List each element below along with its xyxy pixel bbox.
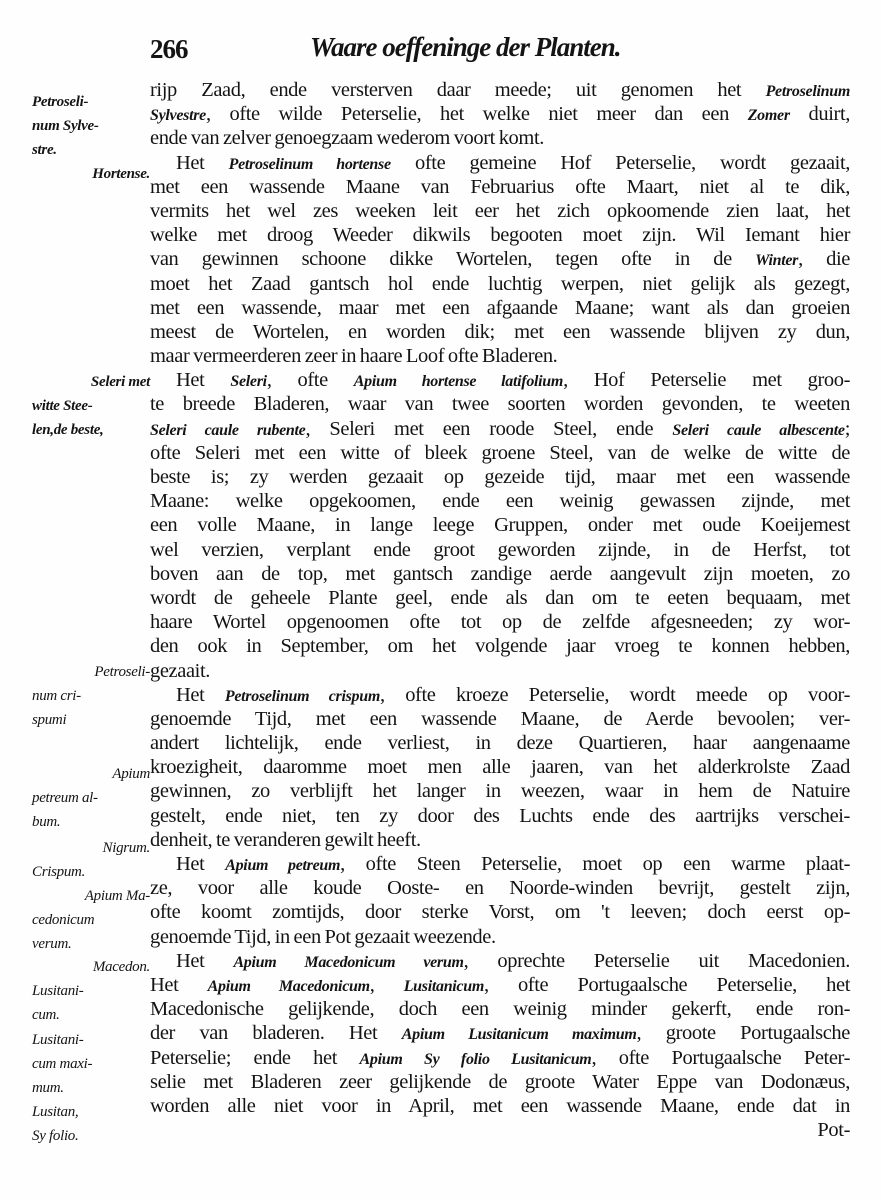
text-line: Seleri caule rubente, Seleri met een roo… (150, 417, 850, 441)
text-segment: Het (176, 369, 230, 391)
text-line: te breede Bladeren, waar van twee soorte… (150, 392, 850, 416)
latin-term: Apium Lusitanicum maximum (402, 1026, 637, 1043)
margin-note-line: stre. (32, 138, 150, 162)
latin-term: Petroselinum hortense (229, 156, 391, 173)
text-line: Macedonische gelijkende, doch een weinig… (150, 997, 850, 1021)
text-segment: denheit, te veranderen gewilt heeft. (150, 829, 421, 851)
text-segment: Het (176, 853, 225, 875)
text-line: met een wassende, maar met een afgaande … (150, 296, 850, 320)
latin-term: Apium Sy folio Lusitanicum (360, 1051, 592, 1068)
latin-term: Lusitanicum (404, 978, 484, 995)
latin-term: Seleri (230, 373, 266, 390)
text-segment: duirt, (790, 103, 850, 125)
text-segment: ofte gemeine Hof Peterselie, wordt gezaa… (391, 152, 850, 174)
text-line: van gewinnen schoone dikke Wortelen, teg… (150, 247, 850, 271)
text-segment: , oprechte Peterselie uit Macedonien. (464, 950, 850, 972)
text-segment: ofte koomt zomtijds, door sterke Vorst, … (150, 901, 850, 923)
text-line: rijp Zaad, ende versterven daar meede; u… (150, 78, 850, 102)
text-segment: beste is; zy werden gezaait op gezeide t… (150, 466, 850, 488)
text-segment: , groote Portugaalsche (637, 1022, 850, 1044)
margin-note: Macedon.Lusitani-cum.Lusitani-cum maxi-m… (32, 955, 150, 1149)
latin-term: Winter (755, 252, 798, 269)
text-segment: , Hof Peterselie met groo- (563, 369, 850, 391)
text-line: Het Seleri, ofte Apium hortense latifoli… (150, 368, 850, 392)
text-segment: met een wassende Maane van Februarius of… (150, 176, 850, 198)
running-title: Waare oeffeninge der Planten. (310, 32, 620, 63)
text-segment: welke met droog Weeder dikwils begooten … (150, 224, 850, 246)
text-segment: Het (150, 974, 208, 996)
text-line: Het Petroselinum hortense ofte gemeine H… (150, 151, 850, 175)
text-line: selie met Bladeren zeer gelijkende de gr… (150, 1070, 850, 1094)
text-line: der van bladeren. Het Apium Lusitanicum … (150, 1021, 850, 1045)
text-line: Maane: welke opgekoomen, ende een weinig… (150, 489, 850, 513)
text-segment: gestelt, ende niet, ten zy door des Luch… (150, 805, 850, 827)
margin-note-line: Sy folio. (32, 1124, 150, 1148)
text-segment: Macedonische gelijkende, doch een weinig… (150, 998, 850, 1020)
margin-note-line: cedonicum (32, 908, 150, 932)
text-line: wordt de geheele Plante geel, ende als d… (150, 586, 850, 610)
latin-term: Sylvestre (150, 107, 206, 124)
text-segment: van gewinnen schoone dikke Wortelen, teg… (150, 248, 755, 270)
text-line: vermits het wel zes weeken leit eer het … (150, 199, 850, 223)
margin-note-line: spumi (32, 708, 150, 732)
margin-note-line: num Sylve- (32, 114, 150, 138)
text-line: maar vermeerderen zeer in haare Loof oft… (150, 344, 850, 368)
text-segment: moet het Zaad gantsch hol ende luchtig w… (150, 273, 850, 295)
text-segment: , ofte kroeze Peterselie, wordt meede op… (380, 684, 850, 706)
margin-note-line: Nigrum. (32, 836, 150, 860)
text-line: wel verzien, verplant ende groot geworde… (150, 538, 850, 562)
text-segment: vermits het wel zes weeken leit eer het … (150, 200, 850, 222)
latin-term: Apium petreum (225, 857, 340, 874)
latin-term: Zomer (748, 107, 790, 124)
text-segment: der van bladeren. Het (150, 1022, 402, 1044)
text-segment: , ofte (267, 369, 354, 391)
margin-note-line: Macedon. (32, 955, 150, 979)
text-line: Peterselie; ende het Apium Sy folio Lusi… (150, 1046, 850, 1070)
text-segment: wel verzien, verplant ende groot geworde… (150, 539, 850, 561)
margin-note-line: bum. (32, 810, 150, 834)
text-line: Het Apium petreum, ofte Steen Peterselie… (150, 852, 850, 876)
margin-note-line: Apium Ma- (32, 884, 150, 908)
margin-note: Nigrum.Crispum. (32, 836, 150, 884)
text-segment: maar vermeerderen zeer in haare Loof oft… (150, 345, 557, 367)
text-segment: genoemde Tijd, met een wassende Maane, d… (150, 708, 850, 730)
margin-note-line: Lusitan, (32, 1100, 150, 1124)
text-segment: gezaait. (150, 660, 210, 682)
margin-note-line: petreum al- (32, 786, 150, 810)
text-segment: ende van zelver genoegzaam wederom voort… (150, 127, 544, 149)
text-segment: Het (176, 950, 233, 972)
latin-term: Apium hortense latifolium (354, 373, 563, 390)
margin-note-line: Lusitani- (32, 979, 150, 1003)
margin-note-line: Hortense. (32, 162, 150, 186)
text-segment: , die (798, 248, 850, 270)
text-segment: genoemde Tijd, in een Pot gezaait weezen… (150, 926, 496, 948)
text-line: gezaait. (150, 659, 850, 683)
text-segment: gewinnen, zo verblijft het langer in wee… (150, 780, 850, 802)
text-line: genoemde Tijd, met een wassende Maane, d… (150, 707, 850, 731)
text-segment: Het (176, 152, 229, 174)
margin-note-line: Lusitani- (32, 1028, 150, 1052)
margin-note: Hortense. (32, 162, 150, 186)
text-segment: ze, voor alle koude Ooste- en Noorde-win… (150, 877, 850, 899)
text-line: ze, voor alle koude Ooste- en Noorde-win… (150, 876, 850, 900)
margin-note: Seleri metwitte Stee-len,de beste, (32, 370, 150, 443)
latin-term: Petroselinum crispum (225, 688, 380, 705)
text-line: andert lichtelijk, ende verliest, in dez… (150, 731, 850, 755)
text-segment: meest de Wortelen, en worden dik; met ee… (150, 321, 850, 343)
latin-term: Apium Macedonicum (208, 978, 370, 995)
latin-term: Seleri caule rubente (150, 422, 305, 439)
text-segment: andert lichtelijk, ende verliest, in dez… (150, 732, 850, 754)
text-segment: , Seleri met een roode Steel, ende (305, 418, 672, 440)
text-line: gewinnen, zo verblijft het langer in wee… (150, 779, 850, 803)
text-segment: Het (176, 684, 225, 706)
text-line: Het Apium Macedonicum, Lusitanicum, ofte… (150, 973, 850, 997)
text-segment: , ofte wilde Peterselie, het welke niet … (206, 103, 748, 125)
text-line: haare Wortel opgenoomen ofte tot op de z… (150, 610, 850, 634)
margin-note-line: Crispum. (32, 860, 150, 884)
margin-note-line: num cri- (32, 684, 150, 708)
text-line: Pot- (150, 1118, 850, 1142)
margin-note-line: witte Stee- (32, 394, 150, 418)
margin-note-line: cum maxi- (32, 1052, 150, 1076)
text-segment: Maane: welke opgekoomen, ende een weinig… (150, 490, 850, 512)
book-page: 266 Waare oeffeninge der Planten. Petros… (0, 0, 881, 1200)
text-segment: Peterselie; ende het (150, 1047, 360, 1069)
text-segment: een volle Maane, in lange leege Gruppen,… (150, 514, 850, 536)
text-line: Het Petroselinum crispum, ofte kroeze Pe… (150, 683, 850, 707)
text-line: gestelt, ende niet, ten zy door des Luch… (150, 804, 850, 828)
latin-term: Petroselinum (766, 83, 850, 100)
text-line: ende van zelver genoegzaam wederom voort… (150, 126, 850, 150)
margin-note: Apiumpetreum al-bum. (32, 762, 150, 835)
text-line: beste is; zy werden gezaait op gezeide t… (150, 465, 850, 489)
page-header: 266 Waare oeffeninge der Planten. (150, 30, 850, 70)
text-segment: ofte Seleri met een witte of bleek groen… (150, 442, 850, 464)
text-segment: haare Wortel opgenoomen ofte tot op de z… (150, 611, 850, 633)
text-segment: den ook in September, om het volgende ja… (150, 635, 850, 657)
text-line: ofte Seleri met een witte of bleek groen… (150, 441, 850, 465)
text-segment: selie met Bladeren zeer gelijkende de gr… (150, 1071, 850, 1093)
margin-note: Petroseli-num cri-spumi (32, 660, 150, 733)
text-segment: , ofte Steen Peterselie, moet op een war… (340, 853, 850, 875)
margin-note-line: len,de beste, (32, 418, 150, 442)
text-line: ofte koomt zomtijds, door sterke Vorst, … (150, 900, 850, 924)
margin-note-line: mum. (32, 1076, 150, 1100)
text-line: kroezigheit, daaromme moet men alle jaar… (150, 755, 850, 779)
text-segment: Pot- (817, 1119, 850, 1141)
text-segment: , ofte Portugaalsche Peterselie, het (484, 974, 850, 996)
text-line: boven aan de top, met gantsch zandige ae… (150, 562, 850, 586)
text-line: een volle Maane, in lange leege Gruppen,… (150, 513, 850, 537)
text-segment: , ofte Portugaalsche Peter- (591, 1047, 850, 1069)
margin-note-line: Seleri met (32, 370, 150, 394)
latin-term: Apium Macedonicum verum (233, 954, 463, 971)
page-number: 266 (150, 34, 188, 65)
text-line: worden alle niet voor in April, met een … (150, 1094, 850, 1118)
text-segment: , (370, 974, 404, 996)
text-line: met een wassende Maane van Februarius of… (150, 175, 850, 199)
text-line: meest de Wortelen, en worden dik; met ee… (150, 320, 850, 344)
text-segment: te breede Bladeren, waar van twee soorte… (150, 393, 850, 415)
body-text: rijp Zaad, ende versterven daar meede; u… (150, 78, 850, 1142)
margin-note-line: Petroseli- (32, 660, 150, 684)
text-segment: worden alle niet voor in April, met een … (150, 1095, 850, 1117)
text-line: Sylvestre, ofte wilde Peterselie, het we… (150, 102, 850, 126)
margin-note-line: verum. (32, 932, 150, 956)
text-line: Het Apium Macedonicum verum, oprechte Pe… (150, 949, 850, 973)
text-segment: boven aan de top, met gantsch zandige ae… (150, 563, 850, 585)
margin-note-line: Apium (32, 762, 150, 786)
text-line: denheit, te veranderen gewilt heeft. (150, 828, 850, 852)
margin-note: Petroseli-num Sylve-stre. (32, 90, 150, 163)
text-line: moet het Zaad gantsch hol ende luchtig w… (150, 272, 850, 296)
text-segment: ; (845, 418, 850, 440)
text-line: welke met droog Weeder dikwils begooten … (150, 223, 850, 247)
latin-term: Seleri caule albescente (672, 422, 844, 439)
text-segment: kroezigheit, daaromme moet men alle jaar… (150, 756, 850, 778)
text-line: genoemde Tijd, in een Pot gezaait weezen… (150, 925, 850, 949)
text-segment: rijp Zaad, ende versterven daar meede; u… (150, 79, 766, 101)
text-segment: wordt de geheele Plante geel, ende als d… (150, 587, 850, 609)
margin-note-line: cum. (32, 1003, 150, 1027)
margin-note: Apium Ma-cedonicumverum. (32, 884, 150, 957)
text-segment: met een wassende, maar met een afgaande … (150, 297, 850, 319)
margin-note-line: Petroseli- (32, 90, 150, 114)
text-line: den ook in September, om het volgende ja… (150, 634, 850, 658)
